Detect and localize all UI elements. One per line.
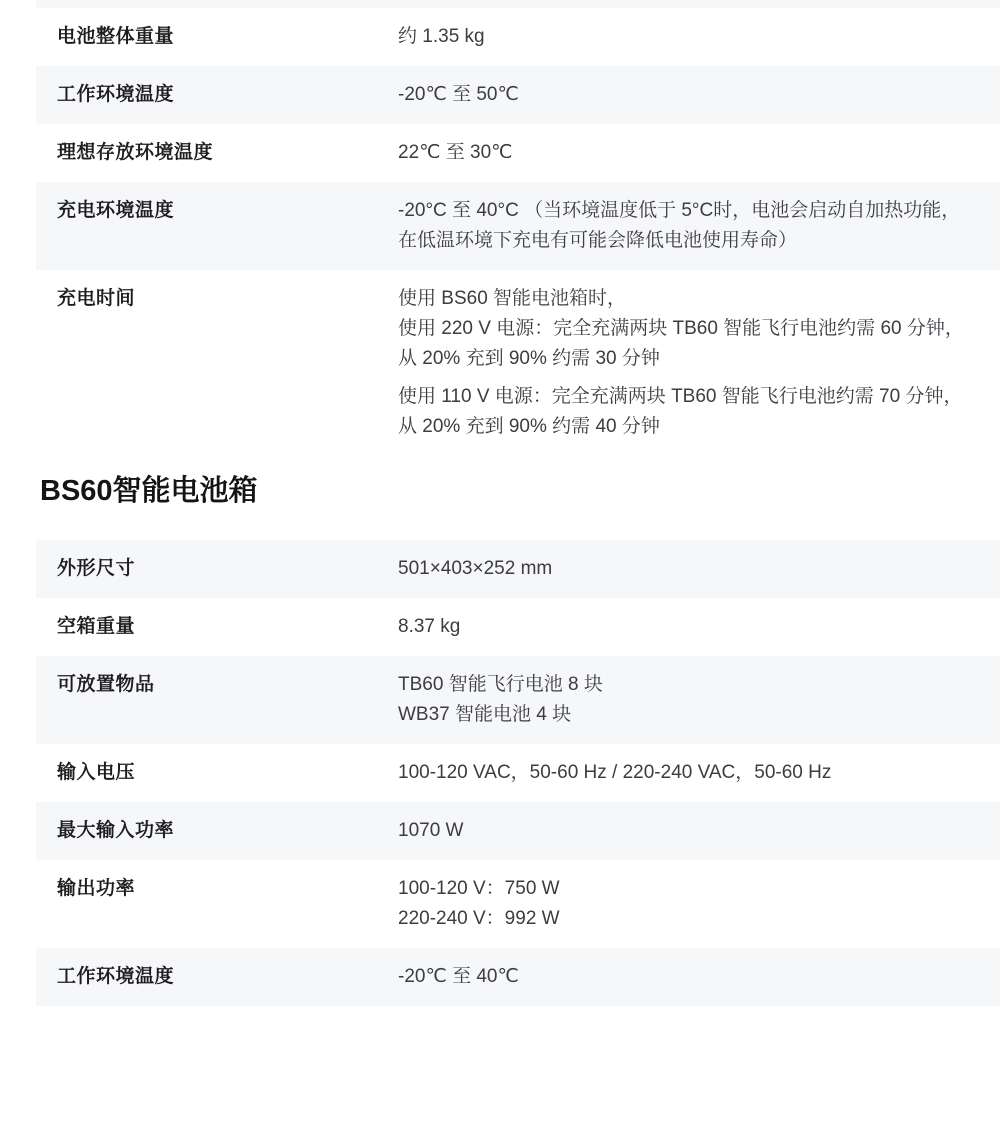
- spec-value-line: 22℃ 至 30℃: [398, 138, 990, 168]
- spec-value-line: -20°C 至 40°C （当环境温度低于 5°C时，电池会启动自加热功能，: [398, 196, 990, 226]
- spec-row: 工作环境温度-20℃ 至 50℃: [36, 66, 1000, 124]
- spec-value-paragraph: TB60 智能飞行电池 8 块WB37 智能电池 4 块: [398, 670, 990, 730]
- spec-page: 电池整体重量约 1.35 kg工作环境温度-20℃ 至 50℃理想存放环境温度2…: [0, 0, 1000, 1128]
- spec-row: 可放置物品TB60 智能飞行电池 8 块WB37 智能电池 4 块: [36, 656, 1000, 744]
- spec-value: 100-120 VAC，50-60 Hz / 220-240 VAC，50-60…: [398, 758, 1000, 788]
- spec-value-paragraph: 100-120 VAC，50-60 Hz / 220-240 VAC，50-60…: [398, 758, 990, 788]
- spec-label: 工作环境温度: [36, 962, 398, 992]
- spec-value: 1070 W: [398, 816, 1000, 846]
- spec-label: 充电时间: [36, 284, 398, 314]
- spec-value-line: 100-120 V：750 W: [398, 874, 990, 904]
- spec-row: 输入电压100-120 VAC，50-60 Hz / 220-240 VAC，5…: [36, 744, 1000, 802]
- spec-value-line: 220-240 V：992 W: [398, 904, 990, 934]
- spec-value-paragraph: 100-120 V：750 W220-240 V：992 W: [398, 874, 990, 934]
- spec-row: 理想存放环境温度22℃ 至 30℃: [36, 124, 1000, 182]
- spec-row: 空箱重量8.37 kg: [36, 598, 1000, 656]
- spec-value-paragraph: 501×403×252 mm: [398, 554, 990, 584]
- spec-value-line: 从 20% 充到 90% 约需 40 分钟: [398, 412, 990, 442]
- spec-value-paragraph: -20℃ 至 50℃: [398, 80, 990, 110]
- spec-value-line: -20℃ 至 40℃: [398, 962, 990, 992]
- section-title: BS60智能电池箱: [0, 456, 1000, 540]
- spec-label: 充电环境温度: [36, 196, 398, 226]
- spec-value-paragraph: -20°C 至 40°C （当环境温度低于 5°C时，电池会启动自加热功能，在低…: [398, 196, 990, 256]
- spec-row: 工作环境温度-20℃ 至 40℃: [36, 948, 1000, 1006]
- spec-label: 可放置物品: [36, 670, 398, 700]
- spec-label: 输出功率: [36, 874, 398, 904]
- spec-value-paragraph: 8.37 kg: [398, 612, 990, 642]
- spec-value-line: 使用 110 V 电源：完全充满两块 TB60 智能飞行电池约需 70 分钟，: [398, 382, 990, 412]
- spec-table-tb60-battery: 电池整体重量约 1.35 kg工作环境温度-20℃ 至 50℃理想存放环境温度2…: [36, 8, 1000, 456]
- spec-table-bs60-battery-case: 外形尺寸501×403×252 mm空箱重量8.37 kg可放置物品TB60 智…: [36, 540, 1000, 1006]
- spec-row: 充电环境温度-20°C 至 40°C （当环境温度低于 5°C时，电池会启动自加…: [36, 182, 1000, 270]
- spec-row: 最大输入功率1070 W: [36, 802, 1000, 860]
- previous-row-partial-stripe: [36, 0, 1000, 8]
- spec-label: 最大输入功率: [36, 816, 398, 846]
- spec-value-paragraph: 1070 W: [398, 816, 990, 846]
- spec-value-line: 使用 BS60 智能电池箱时，: [398, 284, 990, 314]
- spec-value-line: 使用 220 V 电源：完全充满两块 TB60 智能飞行电池约需 60 分钟，: [398, 314, 990, 344]
- spec-value: -20℃ 至 40℃: [398, 962, 1000, 992]
- spec-value-line: 约 1.35 kg: [398, 22, 990, 52]
- spec-label: 工作环境温度: [36, 80, 398, 110]
- spec-label: 空箱重量: [36, 612, 398, 642]
- spec-value: 8.37 kg: [398, 612, 1000, 642]
- spec-row: 输出功率100-120 V：750 W220-240 V：992 W: [36, 860, 1000, 948]
- spec-value: 22℃ 至 30℃: [398, 138, 1000, 168]
- spec-value: TB60 智能飞行电池 8 块WB37 智能电池 4 块: [398, 670, 1000, 730]
- spec-value: 100-120 V：750 W220-240 V：992 W: [398, 874, 1000, 934]
- spec-value-line: 8.37 kg: [398, 612, 990, 642]
- spec-label: 外形尺寸: [36, 554, 398, 584]
- spec-value-paragraph: -20℃ 至 40℃: [398, 962, 990, 992]
- spec-value: 501×403×252 mm: [398, 554, 1000, 584]
- spec-value-line: 从 20% 充到 90% 约需 30 分钟: [398, 344, 990, 374]
- spec-row: 外形尺寸501×403×252 mm: [36, 540, 1000, 598]
- spec-value-line: 501×403×252 mm: [398, 554, 990, 584]
- spec-value-paragraph: 使用 110 V 电源：完全充满两块 TB60 智能飞行电池约需 70 分钟，从…: [398, 382, 990, 442]
- spec-value-line: 在低温环境下充电有可能会降低电池使用寿命）: [398, 226, 990, 256]
- spec-value-line: -20℃ 至 50℃: [398, 80, 990, 110]
- spec-label: 电池整体重量: [36, 22, 398, 52]
- spec-value-line: TB60 智能飞行电池 8 块: [398, 670, 990, 700]
- spec-value: 使用 BS60 智能电池箱时，使用 220 V 电源：完全充满两块 TB60 智…: [398, 284, 1000, 442]
- spec-value-line: 100-120 VAC，50-60 Hz / 220-240 VAC，50-60…: [398, 758, 990, 788]
- spec-row: 充电时间使用 BS60 智能电池箱时，使用 220 V 电源：完全充满两块 TB…: [36, 270, 1000, 456]
- spec-row: 电池整体重量约 1.35 kg: [36, 8, 1000, 66]
- spec-value-paragraph: 约 1.35 kg: [398, 22, 990, 52]
- spec-value-paragraph: 22℃ 至 30℃: [398, 138, 990, 168]
- spec-value: -20℃ 至 50℃: [398, 80, 1000, 110]
- spec-value-line: 1070 W: [398, 816, 990, 846]
- spec-value-line: WB37 智能电池 4 块: [398, 700, 990, 730]
- spec-label: 输入电压: [36, 758, 398, 788]
- spec-value: -20°C 至 40°C （当环境温度低于 5°C时，电池会启动自加热功能，在低…: [398, 196, 1000, 256]
- spec-value-paragraph: 使用 BS60 智能电池箱时，使用 220 V 电源：完全充满两块 TB60 智…: [398, 284, 990, 374]
- spec-value: 约 1.35 kg: [398, 22, 1000, 52]
- spec-label: 理想存放环境温度: [36, 138, 398, 168]
